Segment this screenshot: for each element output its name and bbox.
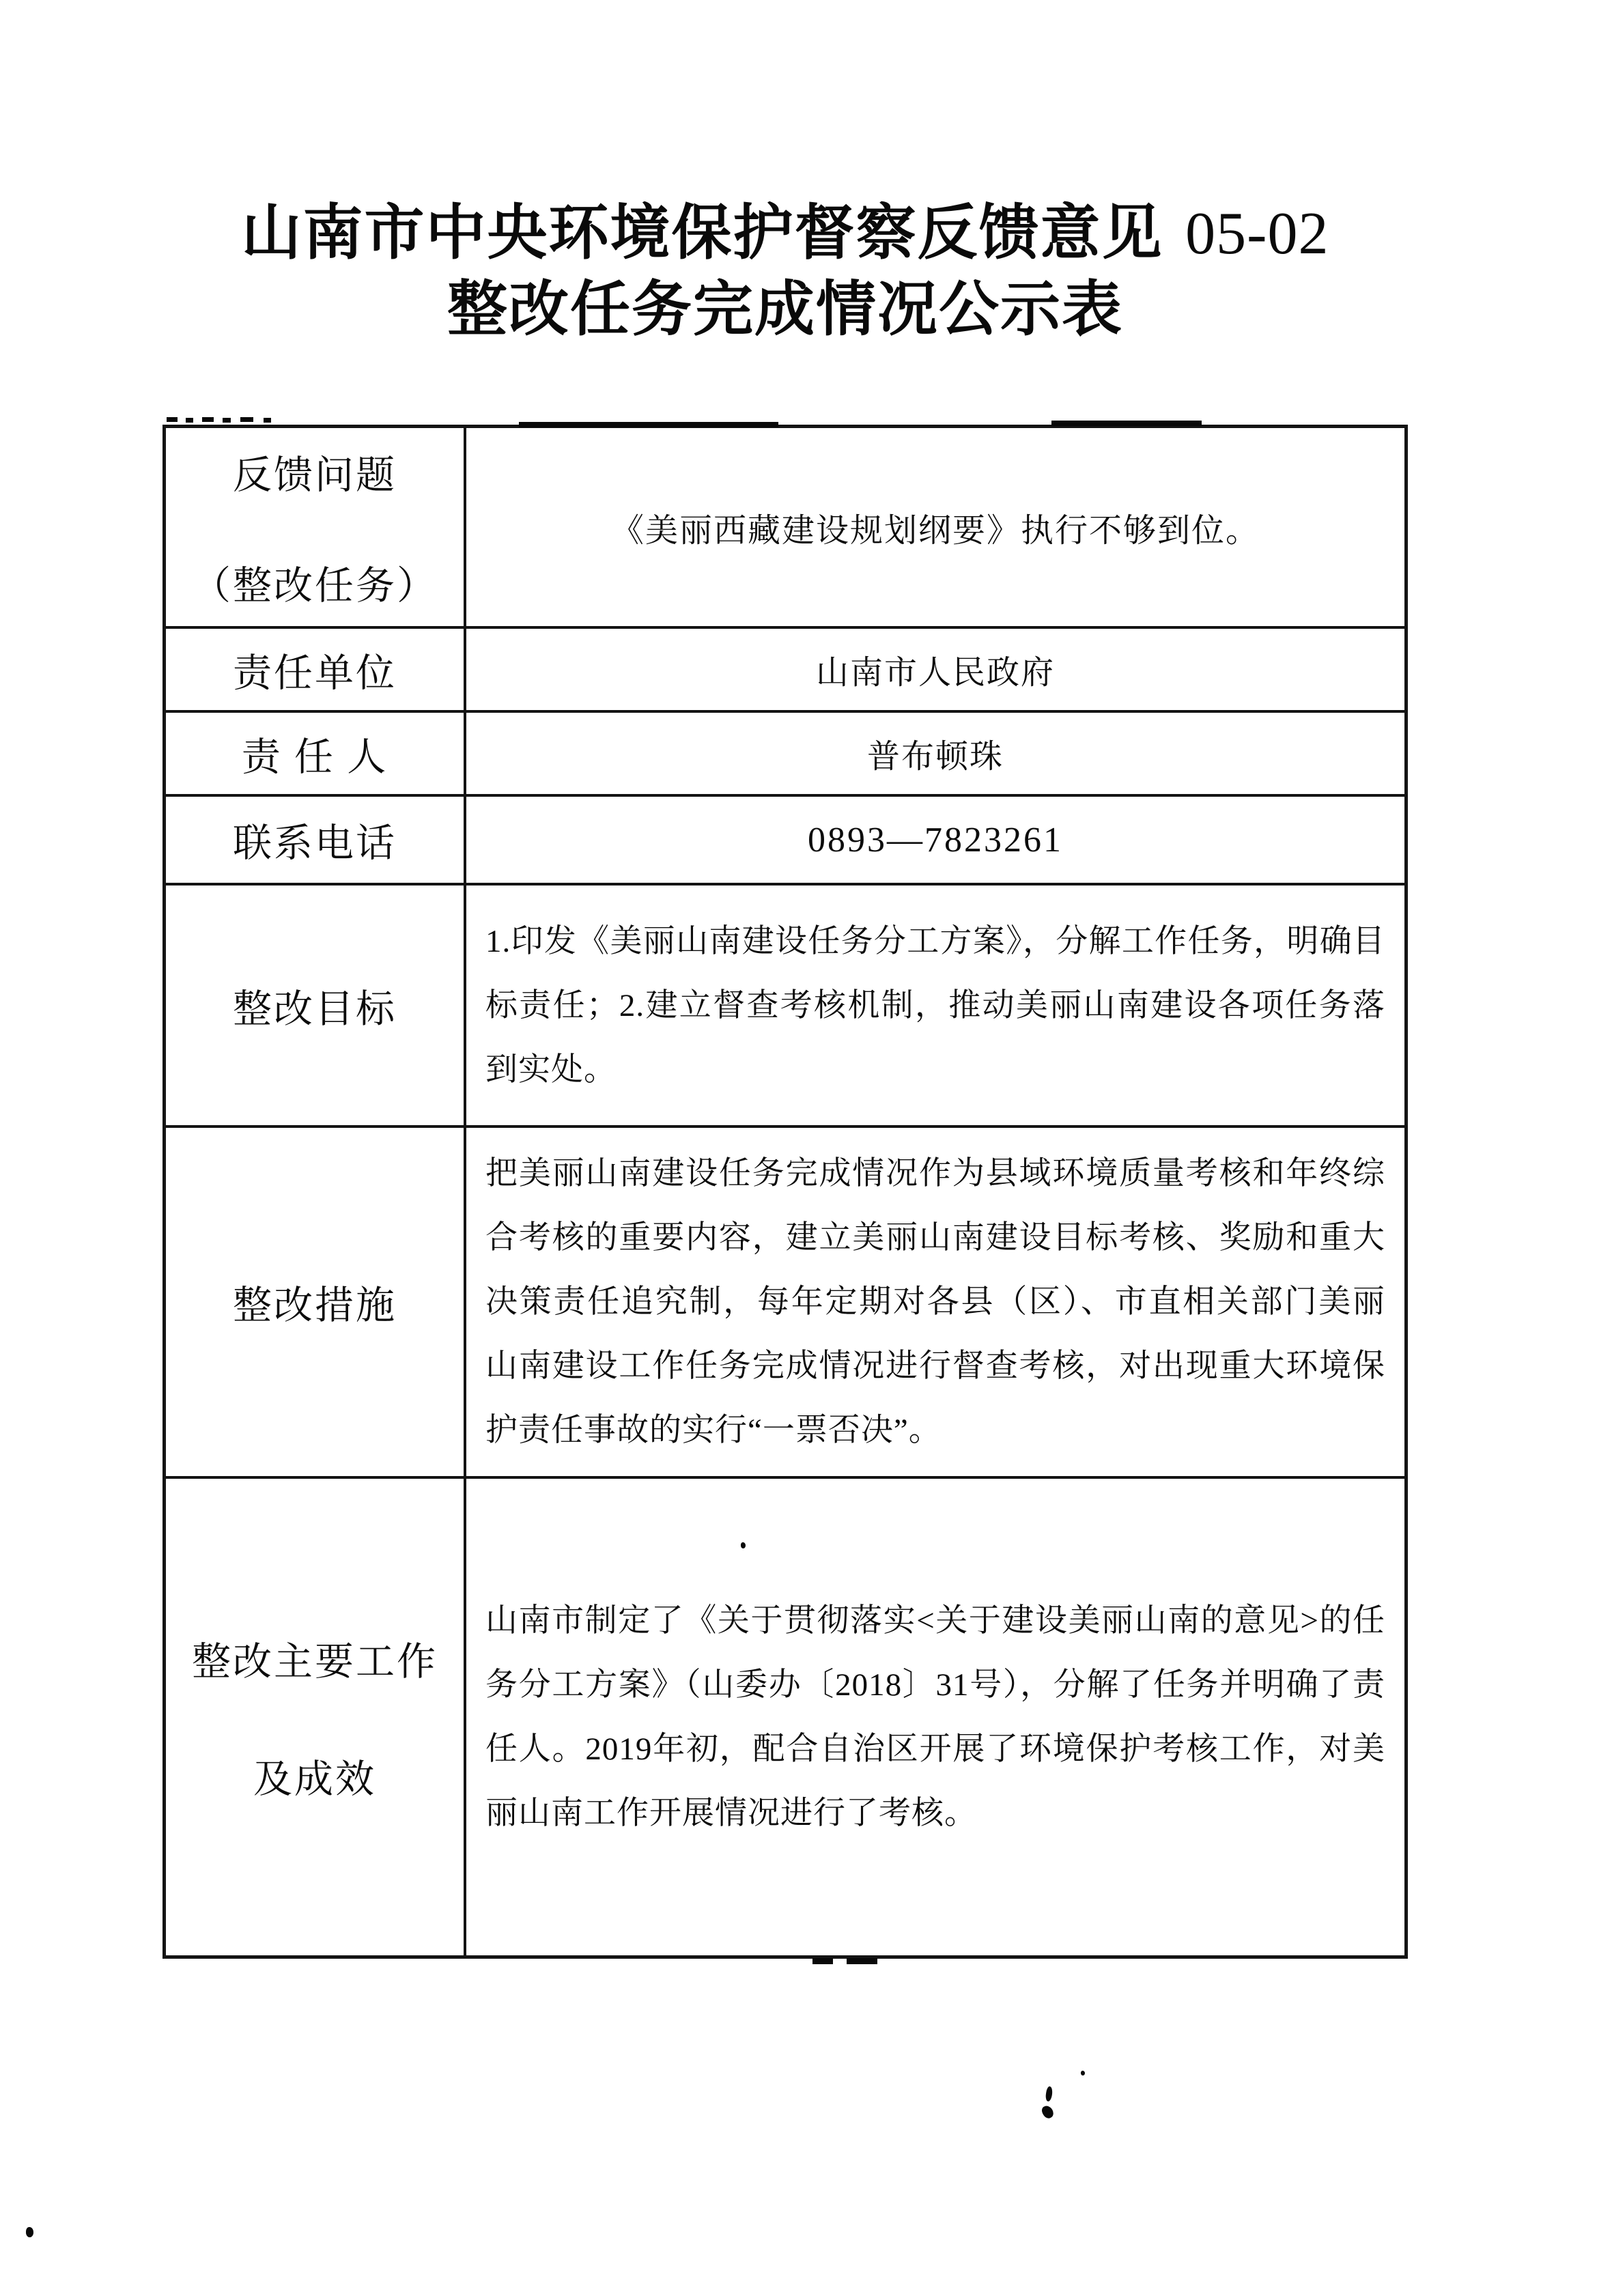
feedback-problem-label-line1: 反馈问题 (233, 444, 397, 500)
rectification-work-results-text: 山南市制定了《关于贯彻落实<关于建设美丽山南的意见>的任务分工方案》（山委办〔2… (485, 1589, 1385, 1845)
scanned-document-page: { "document": { "title_line1_cn": "山南市中央… (0, 0, 1612, 2296)
scan-artifact (223, 418, 231, 423)
feedback-problem-label: 反馈问题 （整改任务） (166, 428, 466, 629)
scan-artifact (167, 417, 178, 422)
responsible-person-label: 责 任 人 (166, 713, 466, 797)
scan-artifact (264, 418, 271, 423)
scan-artifact (741, 1542, 746, 1548)
rectification-measures-label: 整改措施 (166, 1128, 466, 1479)
scan-artifact (1040, 2104, 1055, 2121)
scan-artifact (847, 1958, 877, 1964)
contact-phone-value: 0893—7823261 (466, 797, 1404, 885)
scan-artifact (812, 1958, 833, 1964)
scan-artifact (186, 418, 193, 423)
page-title-line-1-cn: 山南市中央环境保护督察反馈意见 (242, 197, 1163, 268)
responsible-unit-label: 责任单位 (166, 629, 466, 713)
page-title-line-1-code: 05-02 (1185, 201, 1329, 267)
scan-artifact (1051, 421, 1202, 426)
rectification-info-table: 反馈问题 （整改任务） 《美丽西藏建设规划纲要》执行不够到位。 责任单位 山南市… (162, 425, 1408, 1959)
scan-artifact (1081, 2071, 1085, 2075)
page-title: 山南市中央环境保护督察反馈意见 05-02 整改任务完成情况公示表 (162, 195, 1408, 347)
rectification-goal-label: 整改目标 (166, 885, 466, 1128)
responsible-person-value: 普布顿珠 (466, 713, 1404, 797)
rectification-measures-text: 把美丽山南建设任务完成情况作为县域环境质量考核和年终综合考核的重要内容，建立美丽… (485, 1142, 1385, 1462)
rectification-work-results-label: 整改主要工作 及成效 (166, 1479, 466, 1955)
rectification-work-results-value: 山南市制定了《关于贯彻落实<关于建设美丽山南的意见>的任务分工方案》（山委办〔2… (466, 1479, 1404, 1955)
scan-artifact (519, 422, 778, 427)
contact-phone-label: 联系电话 (166, 797, 466, 885)
rectification-work-results-label-line2: 及成效 (253, 1748, 376, 1804)
page-title-line-1: 山南市中央环境保护督察反馈意见 05-02 (162, 195, 1408, 272)
responsible-unit-value: 山南市人民政府 (466, 629, 1404, 713)
rectification-measures-value: 把美丽山南建设任务完成情况作为县域环境质量考核和年终综合考核的重要内容，建立美丽… (466, 1128, 1404, 1479)
rectification-work-results-label-line1: 整改主要工作 (192, 1630, 438, 1686)
rectification-goal-text: 1.印发《美丽山南建设任务分工方案》，分解工作任务，明确目标责任；2.建立督查考… (485, 909, 1385, 1102)
page-title-line-2: 整改任务完成情况公示表 (162, 272, 1408, 347)
feedback-problem-value: 《美丽西藏建设规划纲要》执行不够到位。 (466, 428, 1404, 629)
scan-artifact (26, 2227, 33, 2237)
rectification-goal-value: 1.印发《美丽山南建设任务分工方案》，分解工作任务，明确目标责任；2.建立督查考… (466, 885, 1404, 1128)
scan-artifact (1045, 2086, 1054, 2101)
scan-artifact (240, 417, 253, 422)
scan-artifact (202, 417, 214, 422)
feedback-problem-label-line2: （整改任务） (192, 554, 438, 610)
